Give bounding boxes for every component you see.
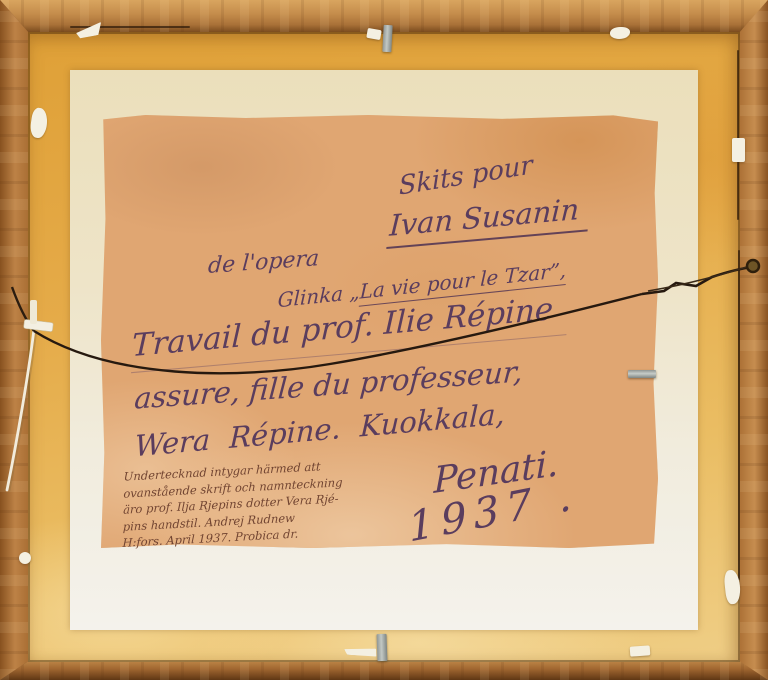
paper-tab-right-upper xyxy=(732,138,745,162)
paper-tab-bottom-right xyxy=(630,645,651,656)
frame-wood-right xyxy=(738,0,768,680)
frame-gap-shadow-right-lower xyxy=(738,250,740,580)
certificate-text-block: Undertecknad intygar härmed att ovanståe… xyxy=(122,457,343,551)
metal-clip-bottom xyxy=(377,634,388,661)
frame-gap-shadow-right-upper xyxy=(737,50,739,220)
frame-wood-left xyxy=(0,0,30,680)
frame-wood-bottom xyxy=(0,660,768,680)
paper-tab-bottom-left xyxy=(19,552,31,564)
metal-clip-top xyxy=(382,25,392,52)
frame-gap-shadow-top-left xyxy=(70,26,190,28)
framed-artwork-back-photo: Skits pour Ivan Susanin de l'opera Glink… xyxy=(0,0,768,680)
metal-clip-right xyxy=(628,370,656,378)
